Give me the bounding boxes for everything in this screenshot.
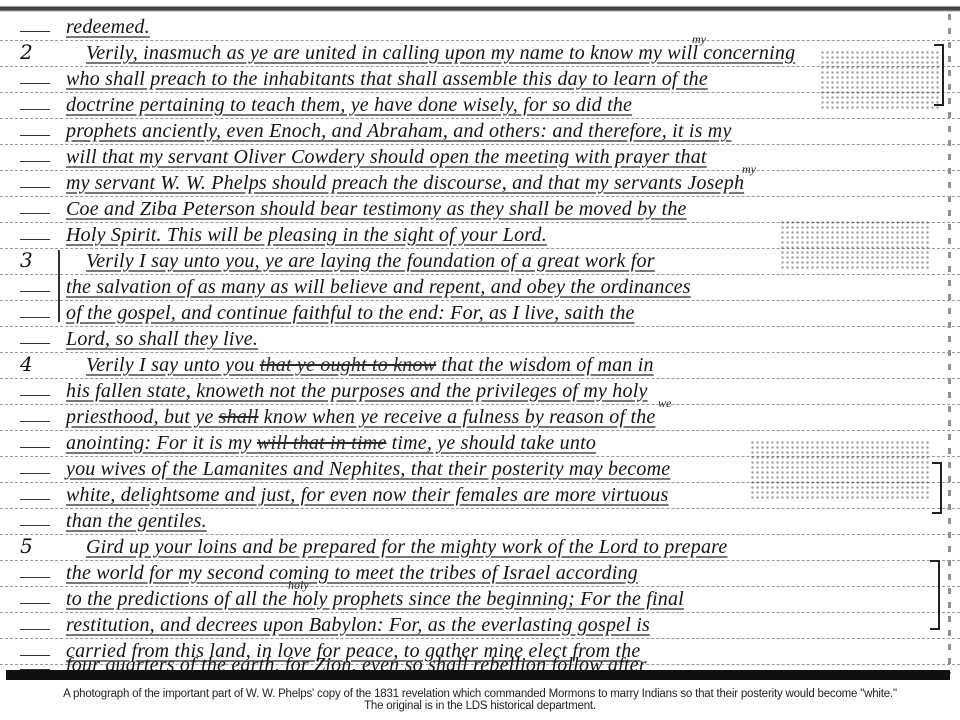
- margin-dash: [20, 187, 50, 188]
- text-segment: know when ye receive a fulness by reason…: [264, 406, 656, 428]
- line-text: who shall preach to the inhabitants that…: [66, 68, 708, 91]
- manuscript-line: who shall preach to the inhabitants that…: [0, 66, 960, 93]
- text-segment: anointing: For it is my: [66, 432, 252, 454]
- verse-margin-rule: [58, 250, 60, 322]
- manuscript-line: priesthood, but ye shall know when ye re…: [0, 404, 960, 431]
- line-text: my servant W. W. Phelps should preach th…: [66, 172, 744, 195]
- line-text: white, delightsome and just, for even no…: [66, 484, 669, 507]
- manuscript-line: 2 Verily, inasmuch as ye are united in c…: [0, 40, 960, 67]
- struck-text: shall: [219, 406, 259, 428]
- line-text: Holy Spirit. This will be pleasing in th…: [66, 224, 547, 247]
- manuscript-line: prophets anciently, even Enoch, and Abra…: [0, 118, 960, 145]
- margin-dash: [20, 239, 50, 240]
- line-text: the salvation of as many as will believe…: [66, 276, 691, 299]
- manuscript-line: the world for my second coming to meet t…: [0, 560, 960, 587]
- line-text: will that my servant Oliver Cowdery shou…: [66, 146, 707, 169]
- margin-dash: [20, 525, 50, 526]
- margin-dash: [20, 447, 50, 448]
- paper-damage: [820, 50, 940, 110]
- verse-number: 5: [20, 534, 33, 558]
- line-text: doctrine pertaining to teach them, ye ha…: [66, 94, 632, 117]
- manuscript-line: Coe and Ziba Peterson should bear testim…: [0, 196, 960, 223]
- caption-line-2: The original is in the LDS historical de…: [0, 700, 960, 712]
- top-torn-edge: [0, 0, 960, 14]
- margin-dash: [20, 421, 50, 422]
- manuscript-line: Lord, so shall they live.: [0, 326, 960, 353]
- margin-dash: [20, 135, 50, 136]
- interlinear-insertion: holy: [288, 578, 309, 593]
- manuscript-line: than the gentiles.: [0, 508, 960, 535]
- manuscript-line: will that my servant Oliver Cowdery shou…: [0, 144, 960, 171]
- margin-dash: [20, 603, 50, 604]
- manuscript-line: the salvation of as many as will believe…: [0, 274, 960, 301]
- line-text: his fallen state, knoweth not the purpos…: [66, 380, 648, 403]
- margin-bracket: [930, 560, 940, 630]
- verse-number: 2: [20, 40, 33, 64]
- margin-dash: [20, 473, 50, 474]
- manuscript-line: restitution, and decrees upon Babylon: F…: [0, 612, 960, 639]
- margin-dash: [20, 629, 50, 630]
- manuscript-line: redeemed.: [0, 14, 960, 41]
- text-segment: time, ye should take unto: [392, 432, 596, 454]
- line-text: than the gentiles.: [66, 510, 207, 533]
- struck-text: that ye ought to know: [260, 354, 436, 376]
- line-text: Verily I say unto you, ye are laying the…: [86, 250, 655, 273]
- interlinear-insertion: my: [692, 32, 706, 47]
- photo-caption: A photograph of the important part of W.…: [0, 688, 960, 712]
- verse-number: 3: [20, 248, 33, 272]
- struck-text: will that in time: [257, 432, 387, 454]
- margin-dash: [20, 343, 50, 344]
- margin-dash: [20, 83, 50, 84]
- line-text: restitution, and decrees upon Babylon: F…: [66, 614, 650, 637]
- manuscript-line: 4 Verily I say unto you that ye ought to…: [0, 352, 960, 379]
- paper-damage: [780, 220, 930, 270]
- line-text: anointing: For it is my will that in tim…: [66, 432, 596, 455]
- margin-dash: [20, 109, 50, 110]
- line-text: Lord, so shall they live.: [66, 328, 258, 351]
- manuscript-line: his fallen state, knoweth not the purpos…: [0, 378, 960, 405]
- margin-dash: [20, 161, 50, 162]
- paper-damage: [750, 440, 930, 500]
- line-text: to the predictions of all the holy proph…: [66, 588, 684, 611]
- text-segment: that the wisdom of man in: [441, 354, 653, 376]
- caption-line-1: A photograph of the important part of W.…: [0, 688, 960, 700]
- line-text: Verily I say unto you that ye ought to k…: [86, 354, 654, 377]
- line-text: the world for my second coming to meet t…: [66, 562, 638, 585]
- line-text: prophets anciently, even Enoch, and Abra…: [66, 120, 732, 143]
- line-text: redeemed.: [66, 16, 150, 39]
- margin-dash: [20, 213, 50, 214]
- line-text: Gird up your loins and be prepared for t…: [86, 536, 727, 559]
- manuscript-line: my servant W. W. Phelps should preach th…: [0, 170, 960, 197]
- text-segment: Verily I say unto you: [86, 354, 255, 376]
- interlinear-insertion: we: [658, 396, 671, 411]
- bottom-edge: [6, 670, 950, 680]
- margin-dash: [20, 317, 50, 318]
- text-segment: priesthood, but ye: [66, 406, 213, 428]
- line-text: priesthood, but ye shall know when ye re…: [66, 406, 655, 429]
- line-text: Verily, inasmuch as ye are united in cal…: [86, 42, 795, 65]
- manuscript-photograph: redeemed. 2 Verily, inasmuch as ye are u…: [0, 0, 960, 684]
- margin-dash: [20, 395, 50, 396]
- manuscript-line: to the predictions of all the holy proph…: [0, 586, 960, 613]
- line-text: you wives of the Lamanites and Nephites,…: [66, 458, 670, 481]
- verse-number: 4: [20, 352, 33, 376]
- interlinear-insertion: my: [742, 162, 756, 177]
- manuscript-line: doctrine pertaining to teach them, ye ha…: [0, 92, 960, 119]
- margin-dash: [20, 577, 50, 578]
- margin-bracket: [932, 462, 942, 514]
- line-text: Coe and Ziba Peterson should bear testim…: [66, 198, 687, 221]
- margin-dash: [20, 31, 50, 32]
- manuscript-line: 5 Gird up your loins and be prepared for…: [0, 534, 960, 561]
- margin-dash: [20, 291, 50, 292]
- margin-dash: [20, 499, 50, 500]
- line-text: of the gospel, and continue faithful to …: [66, 302, 635, 325]
- manuscript-line: of the gospel, and continue faithful to …: [0, 300, 960, 327]
